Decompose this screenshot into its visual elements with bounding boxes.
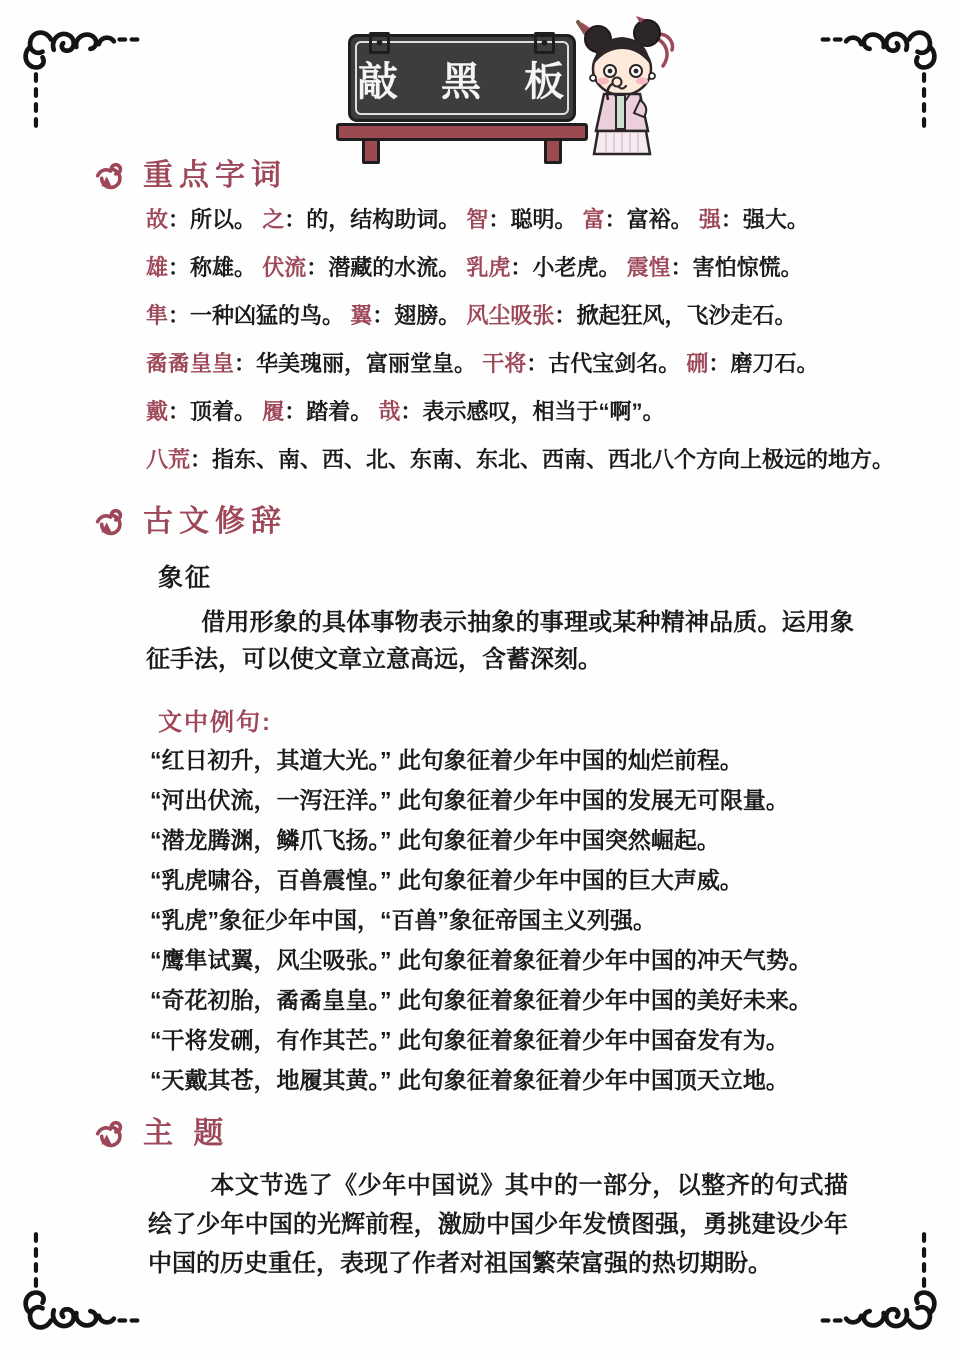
vocab-term: 戴 — [146, 399, 168, 424]
vocab-definition: 踏着。 — [306, 399, 372, 424]
example-sentence: “红日初升，其道大光。” 此句象征着少年中国的灿烂前程。 — [150, 740, 812, 780]
pupil — [634, 69, 639, 74]
vocab-line: 雄：称雄。伏流：潜藏的水流。乳虎：小老虎。震惶：害怕惊慌。 — [146, 244, 900, 292]
vocab-term: 风尘吸张 — [466, 303, 554, 328]
section-title: 主 题 — [143, 1108, 229, 1152]
vocab-definition: 古代宝剑名。 — [548, 351, 680, 376]
pupil — [608, 69, 613, 74]
rose-swirl-icon — [94, 1110, 134, 1150]
section-title: 重点字词 — [143, 150, 287, 194]
section-title: 古文修辞 — [143, 496, 287, 540]
rose-swirl-icon — [94, 152, 134, 192]
vocab-term: 雄 — [146, 255, 168, 280]
vocab-definition: 的，结构助词。 — [306, 207, 460, 232]
example-list: “红日初升，其道大光。” 此句象征着少年中国的灿烂前程。“河出伏流，一泻汪洋。”… — [150, 740, 812, 1100]
vocab-colon: ： — [234, 351, 256, 376]
worksheet-page: 敲 黑 板 — [0, 0, 960, 1358]
vocab-colon: ： — [284, 399, 306, 424]
vocab-colon: ： — [510, 255, 532, 280]
vocab-colon: ： — [488, 207, 510, 232]
hand — [613, 78, 622, 87]
section-header-vocab: 重点字词 — [94, 150, 287, 194]
example-sentence: “乳虎”象征少年中国，“百兽”象征帝国主义列强。 — [150, 900, 812, 940]
rhetoric-subtitle: 象征 — [158, 558, 212, 594]
corner-flourish-icon — [818, 16, 940, 138]
vocab-definition: 翅膀。 — [394, 303, 460, 328]
vocab-term: 富 — [583, 207, 605, 232]
vocab-definition: 强大。 — [743, 207, 809, 232]
section-header-theme: 主 题 — [94, 1108, 229, 1152]
example-sentence: “干将发硎，有作其芒。” 此句象征着象征着少年中国奋发有为。 — [150, 1020, 812, 1060]
vocab-colon: ： — [671, 255, 693, 280]
board-leg — [544, 138, 562, 164]
example-sentence: “乳虎啸谷，百兽震惶。” 此句象征着少年中国的巨大声威。 — [150, 860, 812, 900]
vocab-colon: ： — [526, 351, 548, 376]
vocab-line: 八荒：指东、南、西、北、东南、东北、西南、西北八个方向上极远的地方。 — [146, 436, 900, 484]
rose-swirl-icon — [94, 498, 134, 538]
vocab-definition: 害怕惊慌。 — [693, 255, 803, 280]
vocab-definition: 一种凶猛的鸟。 — [190, 303, 344, 328]
vocab-definition: 指东、南、西、北、东南、东北、西南、西北八个方向上极远的地方。 — [212, 447, 894, 472]
vocab-definition: 聪明。 — [510, 207, 576, 232]
example-sentence: “河出伏流，一泻汪洋。” 此句象征着少年中国的发展无可限量。 — [150, 780, 812, 820]
blackboard: 敲 黑 板 — [348, 34, 576, 122]
example-sentence: “潜龙腾渊，鳞爪飞扬。” 此句象征着少年中国突然崛起。 — [150, 820, 812, 860]
vocab-colon: ： — [190, 447, 212, 472]
vocab-colon: ： — [168, 399, 190, 424]
corner-flourish-icon — [20, 1222, 142, 1344]
vocab-colon: ： — [306, 255, 328, 280]
example-sentence: “鹰隼试翼，风尘吸张。” 此句象征着象征着少年中国的冲天气势。 — [150, 940, 812, 980]
vocab-colon: ： — [605, 207, 627, 232]
vocab-line: 矞矞皇皇：华美瑰丽，富丽堂皇。干将：古代宝剑名。硎：磨刀石。 — [146, 340, 900, 388]
vocab-definition: 小老虎。 — [532, 255, 620, 280]
vocab-colon: ： — [400, 399, 422, 424]
blackboard-header: 敲 黑 板 — [336, 26, 588, 158]
vocab-term: 翼 — [350, 303, 372, 328]
vocab-term: 伏流 — [262, 255, 306, 280]
vocab-definition: 磨刀石。 — [730, 351, 818, 376]
vocab-definition: 表示感叹，相当于“啊”。 — [422, 399, 664, 424]
vocab-term: 八荒 — [146, 447, 190, 472]
vocab-definition: 华美瑰丽，富丽堂皇。 — [256, 351, 476, 376]
vocab-definition: 潜藏的水流。 — [328, 255, 460, 280]
vocab-term: 故 — [146, 207, 168, 232]
hair-ribbon — [656, 38, 667, 66]
vocab-term: 乳虎 — [466, 255, 510, 280]
vocab-definition: 称雄。 — [190, 255, 256, 280]
board-leg — [362, 138, 380, 164]
vocab-definition: 顶着。 — [190, 399, 256, 424]
vocab-colon: ： — [554, 303, 576, 328]
vocab-line: 戴：顶着。履：踏着。哉：表示感叹，相当于“啊”。 — [146, 388, 900, 436]
blackboard-title: 敲 黑 板 — [344, 50, 580, 107]
vocab-line: 隼：一种凶猛的鸟。翼：翅膀。风尘吸张：掀起狂风，飞沙走石。 — [146, 292, 900, 340]
vocab-term: 隼 — [146, 303, 168, 328]
vocab-term: 干将 — [482, 351, 526, 376]
vocab-colon: ： — [708, 351, 730, 376]
blush — [636, 77, 648, 84]
vocab-colon: ： — [168, 303, 190, 328]
vocab-definition: 所以。 — [190, 207, 256, 232]
scarf — [616, 95, 625, 129]
vocab-definition: 富裕。 — [627, 207, 693, 232]
earring — [649, 73, 655, 79]
vocab-term: 硎 — [686, 351, 708, 376]
vocab-term: 之 — [262, 207, 284, 232]
earring — [590, 75, 596, 81]
rhetoric-paragraph: 借用形象的具体事物表示抽象的事理或某种精神品质。运用象征手法，可以使文章立意高远… — [146, 604, 854, 678]
vocab-colon: ： — [168, 207, 190, 232]
example-sentence: “奇花初胎，矞矞皇皇。” 此句象征着象征着少年中国的美好未来。 — [150, 980, 812, 1020]
theme-paragraph: 本文节选了《少年中国说》其中的一部分，以整齐的句式描绘了少年中国的光辉前程，激励… — [148, 1166, 848, 1283]
vocab-list: 故：所以。之：的，结构助词。智：聪明。富：富裕。强：强大。雄：称雄。伏流：潜藏的… — [146, 196, 900, 484]
vocab-term: 矞矞皇皇 — [146, 351, 234, 376]
vocab-colon: ： — [168, 255, 190, 280]
section-header-rhetoric: 古文修辞 — [94, 496, 287, 540]
vocab-term: 震惶 — [627, 255, 671, 280]
corner-flourish-icon — [20, 16, 142, 138]
mascot-girl-illustration — [568, 16, 678, 163]
vocab-term: 哉 — [378, 399, 400, 424]
vocab-colon: ： — [721, 207, 743, 232]
vocab-colon: ： — [284, 207, 306, 232]
examples-label: 文中例句: — [158, 702, 272, 737]
vocab-definition: 掀起狂风，飞沙走石。 — [576, 303, 796, 328]
blush — [597, 77, 609, 84]
vocab-colon: ： — [372, 303, 394, 328]
vocab-term: 履 — [262, 399, 284, 424]
example-sentence: “天戴其苍，地履其黄。” 此句象征着象征着少年中国顶天立地。 — [150, 1060, 812, 1100]
vocab-term: 智 — [466, 207, 488, 232]
vocab-line: 故：所以。之：的，结构助词。智：聪明。富：富裕。强：强大。 — [146, 196, 900, 244]
vocab-term: 强 — [699, 207, 721, 232]
